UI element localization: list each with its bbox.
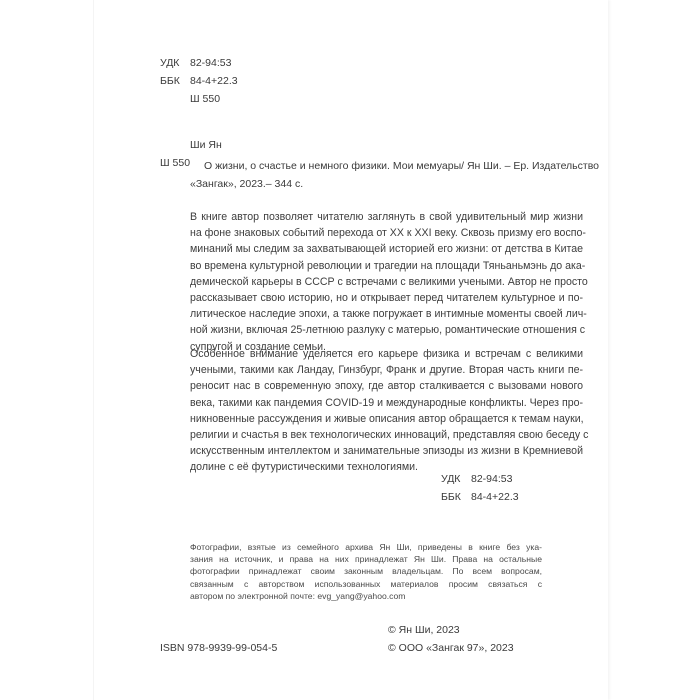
text-line: долине с её футуристическими технологиям… [190,459,583,475]
text-line: В книге автор позволяет читателю загляну… [190,209,583,225]
text-line: религии и счастья в век технологических … [190,427,583,443]
text-line: никновенные рассуждения и живые описания… [190,411,583,427]
copyright-author: © Ян Ши, 2023 [388,624,460,636]
udk-value: 82-94:53 [190,54,231,72]
text-line: реносит нас в современную эпоху, где авт… [190,378,583,394]
text-line: рассказывает свою историю, но и открывае… [190,290,583,306]
bibliographic-description: О жизни, о счастье и немного физики. Мои… [190,157,585,193]
footer-bbk-value: 84-4+22.3 [471,488,519,506]
bbk-label: ББК [160,72,180,90]
footer-udk-label: УДК [441,470,460,488]
footer-bbk-label: ББК [441,488,461,506]
text-line: учеными, такими как Ландау, Гинзбург, Фр… [190,362,583,378]
photo-rights-notice: Фотографии, взятые из семейного архива Я… [190,541,542,602]
text-line: во времена культурной революции и трагед… [190,258,583,274]
isbn: ISBN 978-9939-99-054-5 [160,642,277,654]
annotation-paragraph-2: Особенное внимание уделяется его карьере… [190,346,583,476]
annotation-paragraph-1: В книге автор позволяет читателю загляну… [190,209,583,355]
copyright-publisher: © ООО «Зангак 97», 2023 [388,642,514,654]
text-line: искусственным интеллектом и занимательны… [190,443,583,459]
text-line: века, такими как пандемия COVID-19 и меж… [190,395,583,411]
text-line: минаний мы следим за захватывающей истор… [190,241,583,257]
text-line: зания на источник, и права на них принад… [190,553,542,565]
footer-udk-value: 82-94:53 [471,470,512,488]
text-line: связанным с авторством использованных ма… [190,578,542,590]
text-line: Фотографии, взятые из семейного архива Я… [190,541,542,553]
text-line: автором по электронной почте: evg_yang@y… [190,590,542,602]
author-mark: Ш 550 [190,90,220,108]
text-line: на фоне знаковых событий перехода от XX … [190,225,583,241]
bbk-value: 84-4+22.3 [190,72,238,90]
text-line: Особенное внимание уделяется его карьере… [190,346,583,362]
text-line: фотографии принадлежат своим законным вл… [190,565,542,577]
text-line: демической карьеры в СССР с встречами с … [190,274,583,290]
biblio-line-1: О жизни, о счастье и немного физики. Мои… [190,157,585,175]
text-line: ной жизни, включая 25-летнюю разлуку с м… [190,322,583,338]
catalog-code: Ш 550 [160,157,190,169]
udk-label: УДК [160,54,179,72]
biblio-line-2: «Зангак», 2023.– 344 с. [190,175,585,193]
author-name: Ши Ян [190,139,222,151]
text-line: литическое наследие эпохи, а также погру… [190,306,583,322]
